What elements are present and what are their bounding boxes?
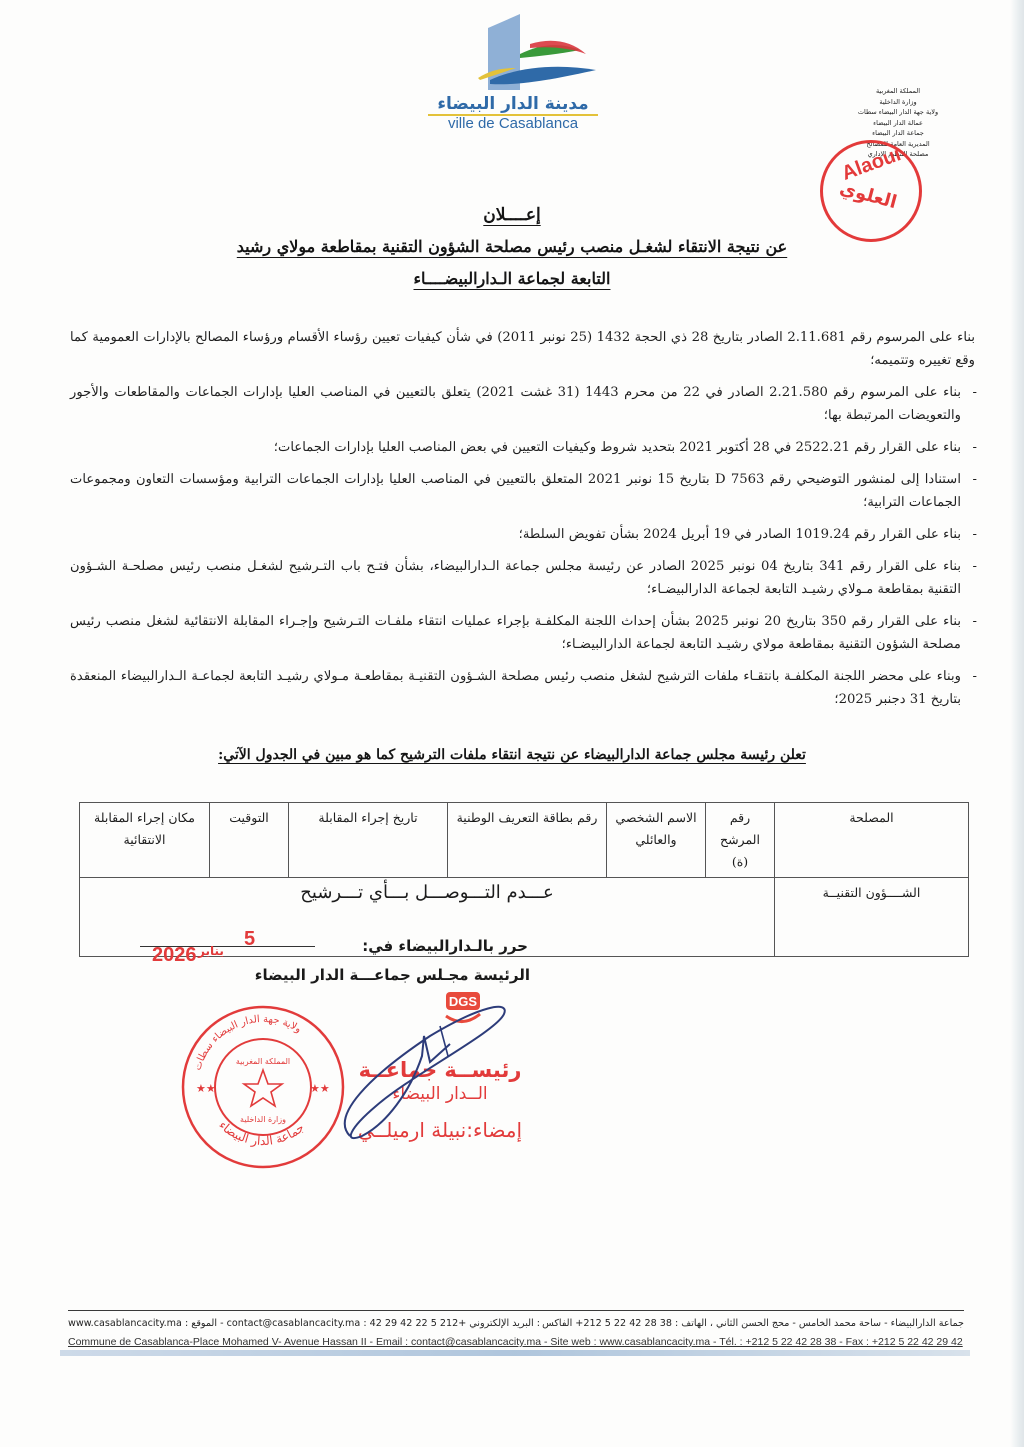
results-table: المصلحة رقم المرشح (ة) الاسم الشخصي والع… — [79, 802, 969, 957]
official-stamp-alaoui: Alaoui العلوي — [820, 140, 922, 242]
page-title: إعــــلان — [0, 205, 1024, 225]
col-candidate-number: رقم المرشح (ة) — [706, 803, 775, 878]
preamble-item: -وبناء على محضر اللجنة المكلفـة بانتقـاء… — [70, 665, 975, 711]
date-year: 2026 — [152, 944, 197, 967]
admin-line: المملكة المغربية — [828, 86, 968, 97]
col-time: التوقيت — [210, 803, 289, 878]
col-full-name: الاسم الشخصي والعائلي — [607, 803, 706, 878]
city-logo: مدينة الدار البيضاء ville de Casablanca — [420, 8, 600, 128]
preamble-item: -بناء على القرار رقم 1019.24 الصادر في 1… — [70, 523, 975, 546]
admin-line: جماعة الدار البيضاء — [828, 128, 968, 139]
logo-name-fr: ville de Casablanca — [428, 115, 598, 132]
admin-line: ولاية جهة الدار البيضاء سطات — [828, 107, 968, 118]
preamble-item: -بناء على المرسوم رقم 2.21.580 الصادر في… — [70, 381, 975, 427]
preamble: بناء على المرسوم رقم 2.11.681 الصادر بتا… — [70, 326, 975, 720]
preamble-item: بناء على المرسوم رقم 2.11.681 الصادر بتا… — [70, 326, 975, 372]
cell-service: الشــــؤون التقنيــة — [775, 878, 969, 957]
date-day: 5 — [244, 928, 255, 951]
admin-line: وزارة الداخلية — [828, 97, 968, 108]
footer-ar-right: جماعة الدارالبيضاء - ساحة محمد الخامس - … — [542, 1318, 964, 1329]
table-header-row: المصلحة رقم المرشح (ة) الاسم الشخصي والع… — [80, 803, 969, 878]
svg-text:★★: ★★ — [196, 1082, 216, 1095]
preamble-item: -بناء على القرار رقم 2522.21 في 28 أكتوب… — [70, 436, 975, 459]
preamble-item: -استنادا إلى لمنشور التوضيحي رقم D 7563 … — [70, 468, 975, 514]
date-month: يناير — [198, 944, 224, 958]
col-interview-place: مكان إجراء المقابلة الانتقائية — [80, 803, 210, 878]
title-subject-continued: التابعة لجماعة الـدارالبيضــــاء — [0, 269, 1024, 288]
col-national-id: رقم بطاقة التعريف الوطنية — [448, 803, 607, 878]
admin-line: عمالة الدار البيضاء — [828, 118, 968, 129]
footer-contact-french: Commune de Casablanca-Place Mohamed V- A… — [68, 1336, 964, 1348]
made-in-label: حرر بالـدارالبيضاء في: — [298, 937, 528, 955]
footer-ar-left: www.casablancacity.ma : الموقع - contact… — [68, 1318, 540, 1329]
footer-divider — [68, 1310, 964, 1311]
title-subject: عن نتيجة الانتقاء لشغـل منصب رئيس مصلحة … — [0, 237, 1024, 256]
logo-name-ar: مدينة الدار البيضاء — [428, 94, 598, 116]
handwritten-signature-icon — [290, 996, 550, 1146]
preamble-item: -بناء على القرار رقم 341 بتاريخ 04 نونبر… — [70, 555, 975, 601]
signer-title: الرئيسة مجـلس جماعـــة الدار البيضاء — [200, 966, 530, 984]
casablanca-logo-icon — [420, 8, 600, 98]
announcement: تعلن رئيسة مجلس جماعة الدارالبيضاء عن نت… — [0, 747, 1024, 763]
col-service: المصلحة — [775, 803, 969, 878]
svg-text:وزارة الداخلية: وزارة الداخلية — [240, 1115, 286, 1124]
svg-text:المملكة المغربية: المملكة المغربية — [236, 1057, 290, 1066]
footer-contact-arabic: www.casablancacity.ma : الموقع - contact… — [68, 1318, 964, 1329]
preamble-item: -بناء على القرار رقم 350 بتاريخ 20 نونبر… — [70, 610, 975, 656]
footer-band — [60, 1350, 970, 1356]
col-interview-date: تاريخ إجراء المقابلة — [289, 803, 448, 878]
